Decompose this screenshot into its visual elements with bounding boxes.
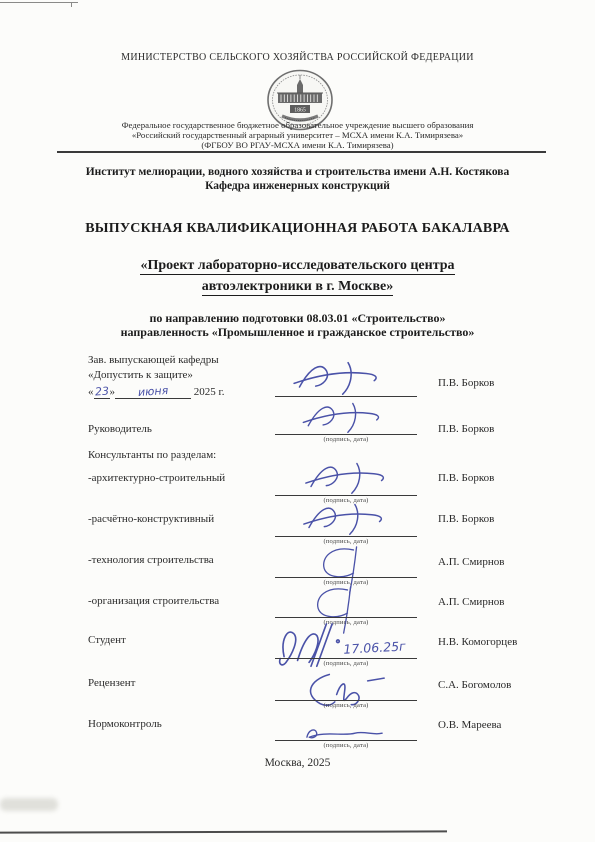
sign-note-normcontrol: (подпись, дата) xyxy=(275,742,417,749)
row-label-structural: -расчётно-конструктивный xyxy=(88,513,214,525)
signature-line-normcontrol xyxy=(275,740,417,741)
city-year-footer: Москва, 2025 xyxy=(0,757,595,769)
row-label-architectural: -архитектурно-строительный xyxy=(88,472,225,484)
work-title-line-2-text: автоэлектроники в г. Москве» xyxy=(202,279,394,296)
row-name-supervisor: П.В. Борков xyxy=(438,423,494,435)
row-name-reviewer: С.А. Богомолов xyxy=(438,679,511,691)
signature-borkov-supervisor-icon xyxy=(292,401,407,434)
row-name-technology: А.П. Смирнов xyxy=(438,556,504,568)
institute-name: Институт мелиорации, водного хозяйства и… xyxy=(0,166,595,178)
signature-borkov-approval-icon xyxy=(282,360,407,396)
row-name-organization: А.П. Смирнов xyxy=(438,596,504,608)
row-label-consultants: Консультанты по разделам: xyxy=(88,449,216,461)
handwritten-month: июня xyxy=(137,384,168,399)
row-name-structural: П.В. Борков xyxy=(438,513,494,525)
row-label-reviewer: Рецензент xyxy=(88,677,135,689)
ministry-heading: МИНИСТЕРСТВО СЕЛЬСКОГО ХОЗЯЙСТВА РОССИЙС… xyxy=(0,52,595,63)
row-label-supervisor: Руководитель xyxy=(88,423,152,435)
work-title-line-1: «Проект лабораторно-исследовательского ц… xyxy=(0,258,595,274)
approval-label-1: Зав. выпускающей кафедры xyxy=(88,354,219,366)
institution-line-3: (ФГБОУ ВО РГАУ-МСХА имени К.А. Тимирязев… xyxy=(0,141,595,151)
sign-note-structural: (подпись, дата) xyxy=(275,538,417,545)
row-name-architectural: П.В. Борков xyxy=(438,472,494,484)
row-label-student: Студент xyxy=(88,634,126,646)
sign-note-reviewer: (подпись, дата) xyxy=(275,702,417,709)
row-label-organization: -организация строительства xyxy=(88,595,219,607)
approval-day-blank: 23 xyxy=(94,385,110,399)
signature-borkov-architectural-icon xyxy=(296,461,411,495)
scan-artifact-top-tick xyxy=(71,2,72,7)
header-divider xyxy=(57,151,546,153)
row-label-technology: -технология строительства xyxy=(88,554,214,566)
scanned-title-page: МИНИСТЕРСТВО СЕЛЬСКОГО ХОЗЯЙСТВА РОССИЙС… xyxy=(0,0,595,842)
signature-line-architectural xyxy=(275,495,417,496)
direction-line-1: по направлению подготовки 08.03.01 «Стро… xyxy=(0,311,595,326)
signature-borkov-structural-icon xyxy=(294,502,409,536)
scan-artifact-top-line xyxy=(0,2,78,3)
approval-year: 2025 г. xyxy=(194,386,225,398)
department-name: Кафедра инженерных конструкций xyxy=(0,180,595,192)
direction-line-2: направленность «Промышленное и гражданск… xyxy=(0,325,595,340)
approval-signature-line xyxy=(275,396,417,397)
signature-line-organization xyxy=(275,617,417,618)
scan-artifact-bottom-line xyxy=(0,830,447,834)
handwritten-student-date: 17.06.25г xyxy=(343,638,406,656)
emblem-year: 1865 xyxy=(294,107,306,113)
row-name-student: Н.В. Комогорцев xyxy=(438,636,517,648)
handwritten-day: 23 xyxy=(94,385,109,399)
signature-line-reviewer xyxy=(275,700,417,701)
approval-date-line: «23»июня 2025 г. xyxy=(88,385,225,399)
signature-line-student xyxy=(275,658,417,659)
row-label-normcontrol: Нормоконтроль xyxy=(88,718,162,730)
work-title-line-1-text: «Проект лабораторно-исследовательского ц… xyxy=(140,258,454,275)
signature-line-supervisor xyxy=(275,434,417,435)
work-title-line-2: автоэлектроники в г. Москве» xyxy=(0,279,595,295)
row-name-normcontrol: О.В. Мареева xyxy=(438,719,501,731)
approval-name: П.В. Борков xyxy=(438,377,494,389)
work-type-heading: ВЫПУСКНАЯ КВАЛИФИКАЦИОННАЯ РАБОТА БАКАЛА… xyxy=(0,221,595,237)
signature-line-structural xyxy=(275,536,417,537)
approval-month-blank: июня xyxy=(115,385,191,399)
scan-smudge-bottom-left xyxy=(0,798,58,811)
approval-label-2: «Допустить к защите» xyxy=(88,369,193,381)
sign-note-supervisor: (подпись, дата) xyxy=(275,436,417,443)
signature-line-technology xyxy=(275,577,417,578)
sign-note-student: (подпись, дата) xyxy=(275,660,417,667)
